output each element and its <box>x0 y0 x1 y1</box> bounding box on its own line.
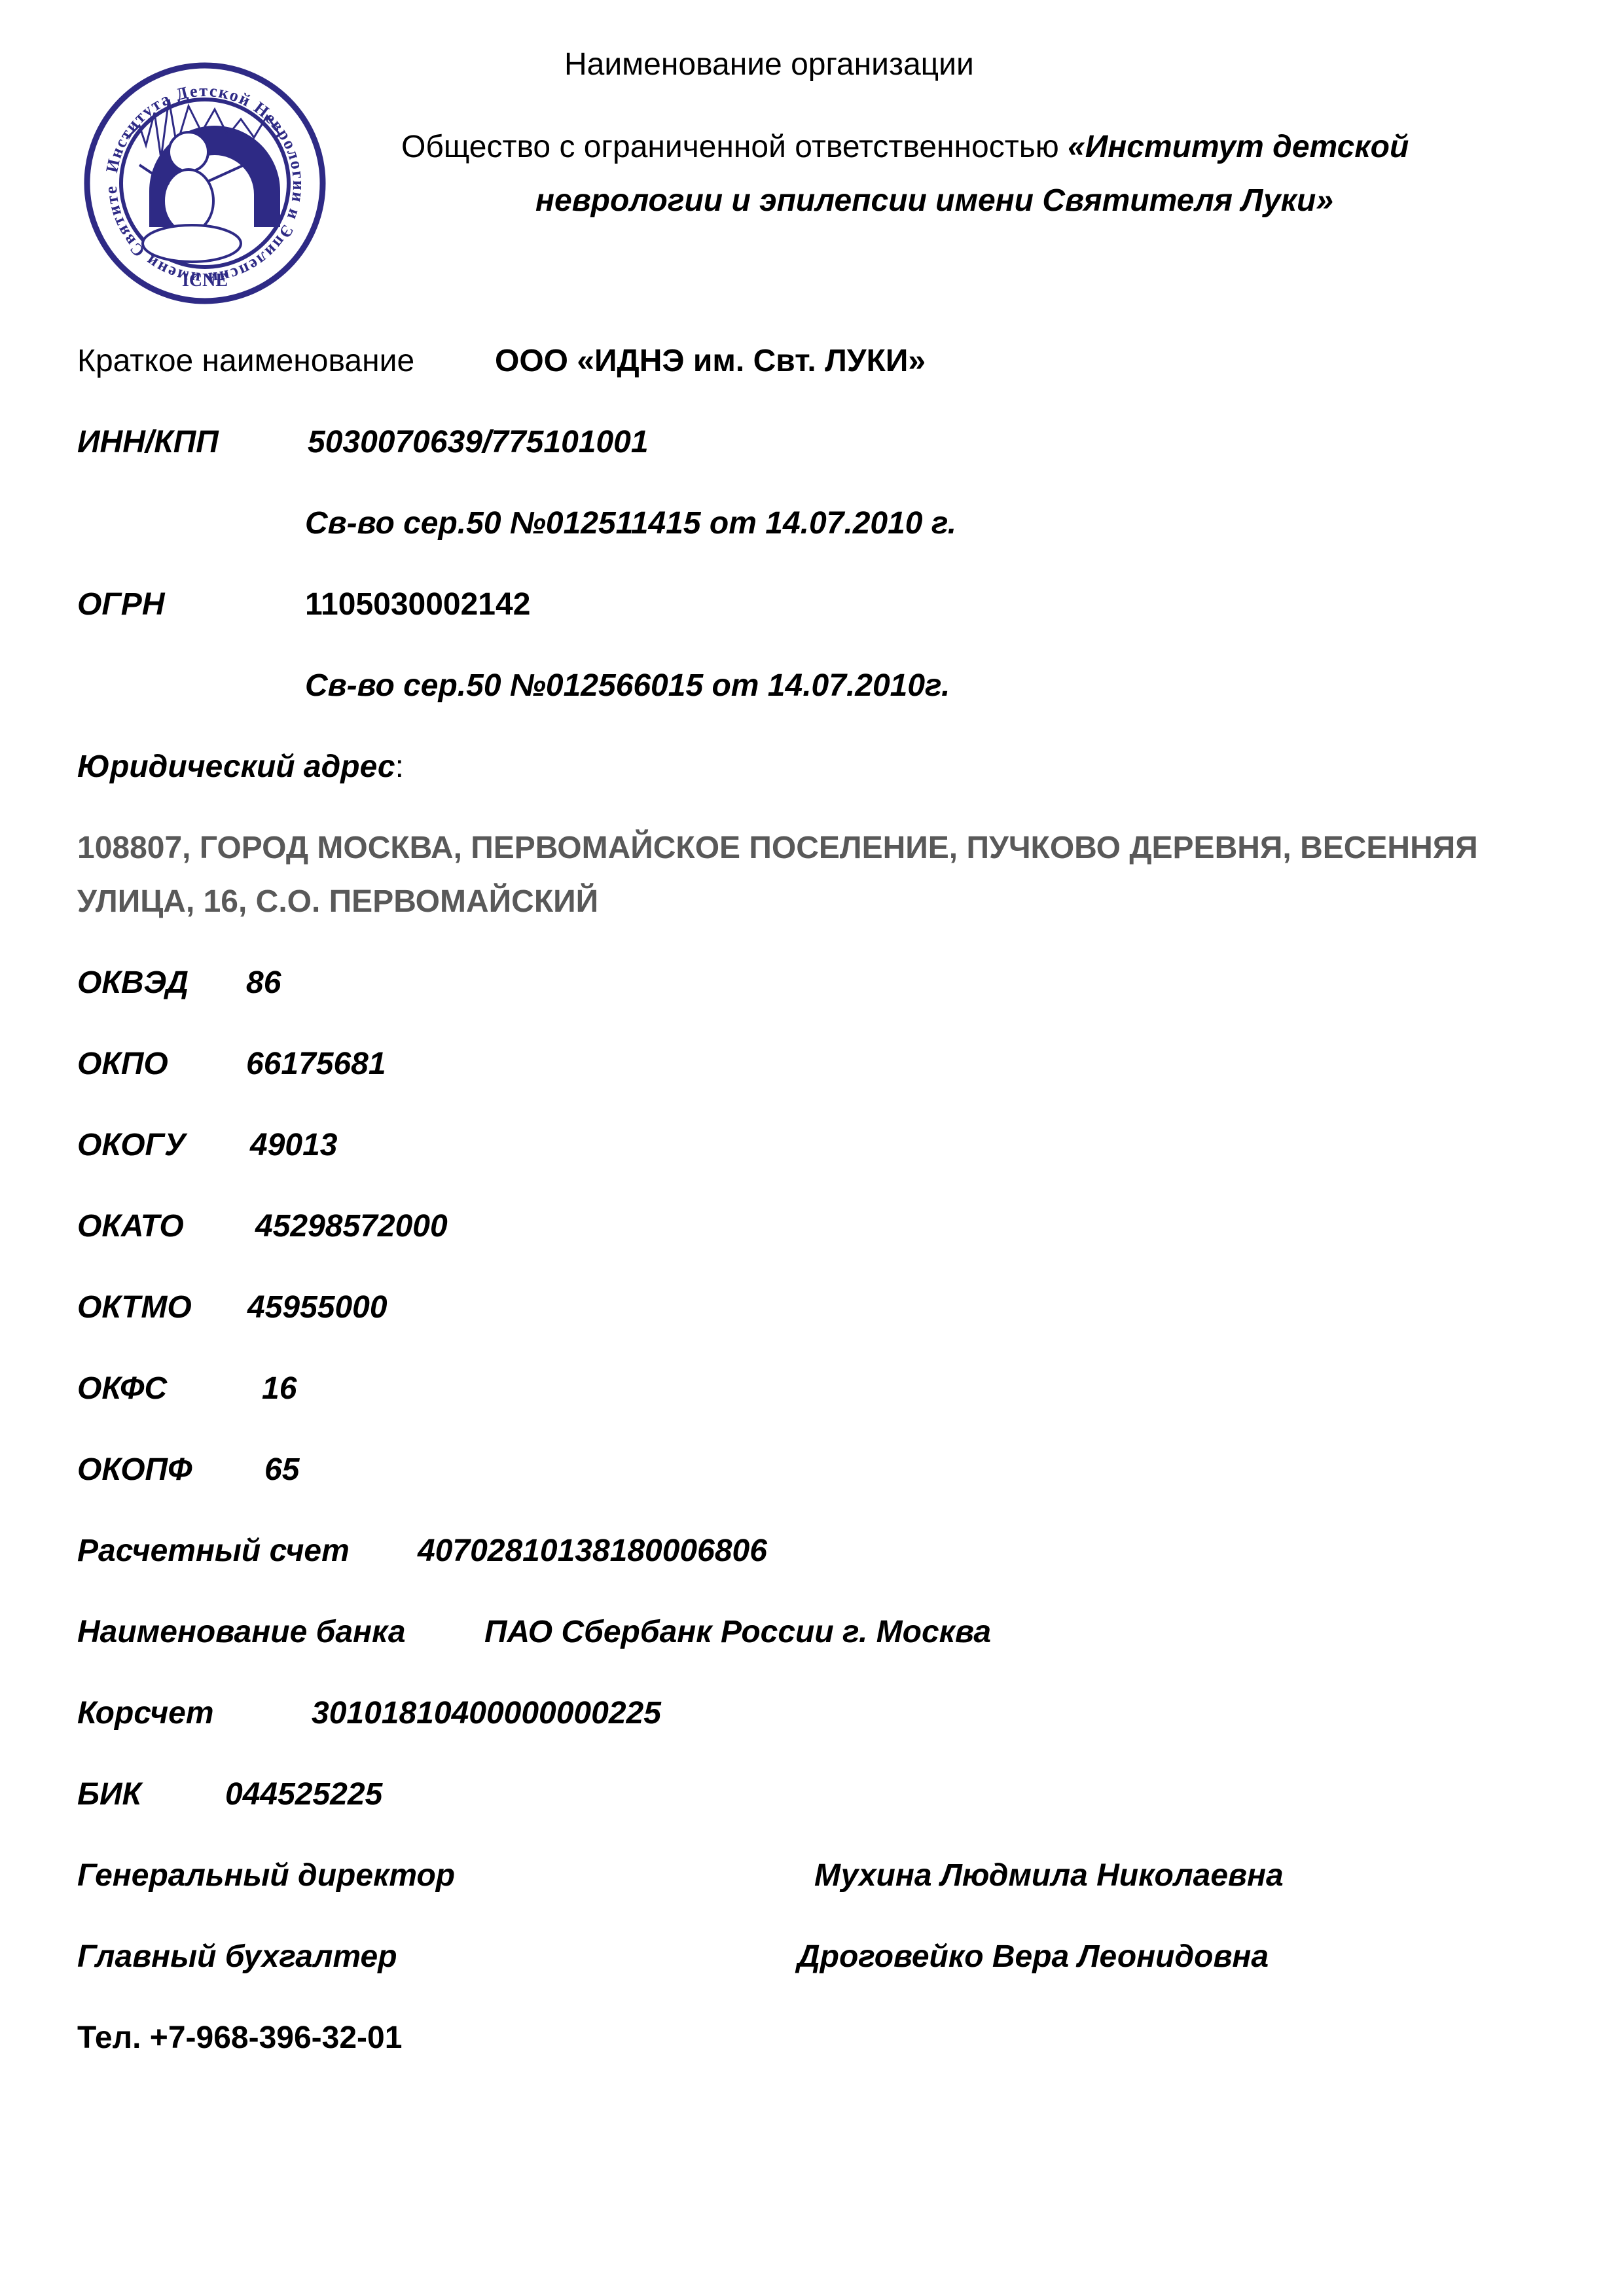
oktmo-value: 45955000 <box>247 1289 388 1327</box>
accountant-name: Дроговейко Вера Леонидовна <box>797 1938 1269 1976</box>
address-label-row: Юридический адрес: <box>77 748 404 786</box>
okato-value: 45298572000 <box>255 1208 448 1246</box>
okopf-value: 65 <box>264 1451 299 1489</box>
document-caption: Наименование организации <box>564 46 974 84</box>
organization-full-name-line1: Общество с ограниченной ответственностью… <box>401 128 1409 166</box>
okpo-value: 66175681 <box>246 1045 386 1083</box>
address-line1: 108807, ГОРОД МОСКВА, ПЕРВОМАЙСКОЕ ПОСЕЛ… <box>77 829 1478 867</box>
okogu-value: 49013 <box>250 1126 337 1164</box>
organization-logo: Института Детской Неврологии и Эпилепсии… <box>77 60 333 309</box>
corr-account-value: 30101810400000000225 <box>312 1695 661 1732</box>
inn-certificate: Св-во сер.50 №012511415 от 14.07.2010 г. <box>305 505 956 543</box>
oktmo-label: ОКТМО <box>77 1289 192 1327</box>
account-label: Расчетный счет <box>77 1532 350 1570</box>
director-name: Мухина Людмила Николаевна <box>814 1857 1284 1895</box>
okfs-value: 16 <box>262 1370 297 1408</box>
svg-text:2006: 2006 <box>215 198 230 224</box>
ogrn-value: 1105030002142 <box>305 586 530 624</box>
inn-label: ИНН/КПП <box>77 423 219 461</box>
full-name-prefix: Общество с ограниченной ответственностью <box>401 130 1068 164</box>
organization-full-name-line2: неврологии и эпилепсии имени Святителя Л… <box>535 182 1333 220</box>
okogu-label: ОКОГУ <box>77 1126 186 1164</box>
okved-value: 86 <box>246 964 281 1002</box>
bank-name-value: ПАО Сбербанк России г. Москва <box>484 1613 991 1651</box>
account-value: 40702810138180006806 <box>418 1532 767 1570</box>
logo-seal-icon: Института Детской Неврологии и Эпилепсии… <box>77 60 333 309</box>
okfs-label: ОКФС <box>77 1370 167 1408</box>
okved-label: ОКВЭД <box>77 964 189 1002</box>
address-label: Юридический адрес <box>77 749 395 784</box>
bik-value: 044525225 <box>225 1776 382 1814</box>
bik-label: БИК <box>77 1776 141 1814</box>
bank-name-label: Наименование банка <box>77 1613 406 1651</box>
okato-label: ОКАТО <box>77 1208 184 1246</box>
okopf-label: ОКОПФ <box>77 1451 192 1489</box>
director-label: Генеральный директор <box>77 1857 455 1895</box>
ogrn-certificate: Св-во сер.50 №012566015 от 14.07.2010г. <box>305 667 950 705</box>
corr-account-label: Корсчет <box>77 1695 214 1732</box>
ogrn-label: ОГРН <box>77 586 164 624</box>
short-name-label: Краткое наименование <box>77 342 414 380</box>
address-line2: УЛИЦА, 16, С.О. ПЕРВОМАЙСКИЙ <box>77 883 598 921</box>
address-colon: : <box>395 749 404 784</box>
short-name-value: ООО «ИДНЭ им. Свт. ЛУКИ» <box>495 342 926 380</box>
full-name-emphasis: «Институт детской <box>1068 130 1409 164</box>
accountant-label: Главный бухгалтер <box>77 1938 397 1976</box>
phone: Тел. +7-968-396-32-01 <box>77 2019 402 2057</box>
okpo-label: ОКПО <box>77 1045 168 1083</box>
svg-text:ICNE: ICNE <box>182 270 228 291</box>
inn-value: 5030070639/775101001 <box>308 423 649 461</box>
